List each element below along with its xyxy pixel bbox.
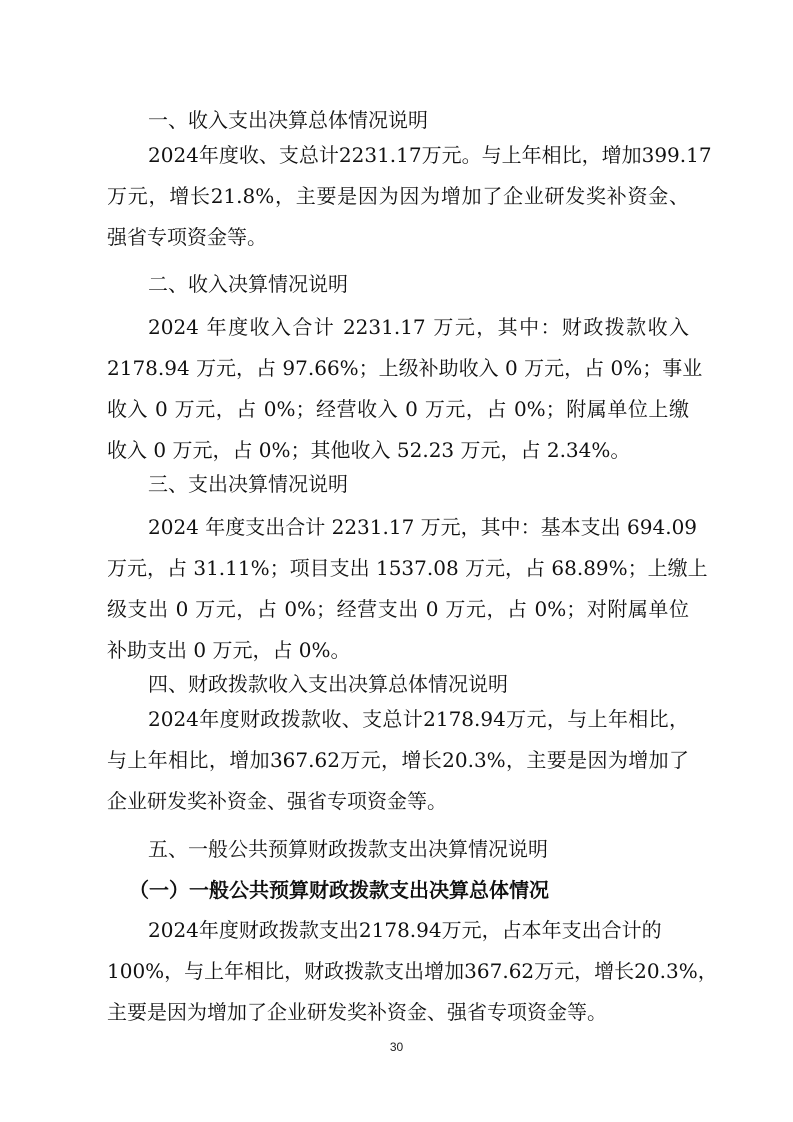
paragraph-line: 与上年相比，增加367.62万元，增长20.3%，主要是因为增加了 xyxy=(107,748,689,772)
paragraph-line: 2024年度收、支总计2231.17万元。与上年相比，增加399.17 xyxy=(107,143,689,167)
section-heading-5: 五、一般公共预算财政拨款支出决算情况说明 xyxy=(107,837,689,861)
paragraph-line: 级支出 0 万元，占 0%；经营支出 0 万元，占 0%；对附属单位 xyxy=(107,597,689,621)
paragraph-line: 2024 年度支出合计 2231.17 万元，其中：基本支出 694.09 xyxy=(107,515,689,539)
paragraph-line: 2024 年度收入合计 2231.17 万元，其中：财政拨款收入 xyxy=(107,315,689,339)
paragraph-line: 主要是因为增加了企业研发奖补资金、强省专项资金等。 xyxy=(107,1000,689,1024)
paragraph-line: 2024年度财政拨款支出2178.94万元，占本年支出合计的 xyxy=(107,918,689,942)
page-number: 30 xyxy=(0,1040,793,1054)
paragraph-line: 2178.94 万元，占 97.66%；上级补助收入 0 万元，占 0%；事业 xyxy=(107,356,689,380)
subsection-heading-5-1: （一）一般公共预算财政拨款支出决算总体情况 xyxy=(107,878,689,902)
section-heading-1: 一、收入支出决算总体情况说明 xyxy=(107,108,689,132)
section-heading-4: 四、财政拨款收入支出决算总体情况说明 xyxy=(107,672,689,696)
paragraph-line: 收入 0 万元，占 0%；其他收入 52.23 万元，占 2.34%。 xyxy=(107,438,689,462)
section-heading-3: 三、支出决算情况说明 xyxy=(107,472,689,496)
paragraph-line: 2024年度财政拨款收、支总计2178.94万元，与上年相比， xyxy=(107,707,689,731)
paragraph-line: 万元，占 31.11%；项目支出 1537.08 万元，占 68.89%；上缴上 xyxy=(107,556,689,580)
section-heading-2: 二、收入决算情况说明 xyxy=(107,272,689,296)
paragraph-line: 企业研发奖补资金、强省专项资金等。 xyxy=(107,789,689,813)
paragraph-line: 万元，增长21.8%，主要是因为因为增加了企业研发奖补资金、 xyxy=(107,184,689,208)
paragraph-line: 100%，与上年相比，财政拨款支出增加367.62万元，增长20.3%， xyxy=(107,959,689,983)
paragraph-line: 强省专项资金等。 xyxy=(107,225,689,249)
paragraph-line: 补助支出 0 万元，占 0%。 xyxy=(107,638,689,662)
paragraph-line: 收入 0 万元，占 0%；经营收入 0 万元，占 0%；附属单位上缴 xyxy=(107,397,689,421)
